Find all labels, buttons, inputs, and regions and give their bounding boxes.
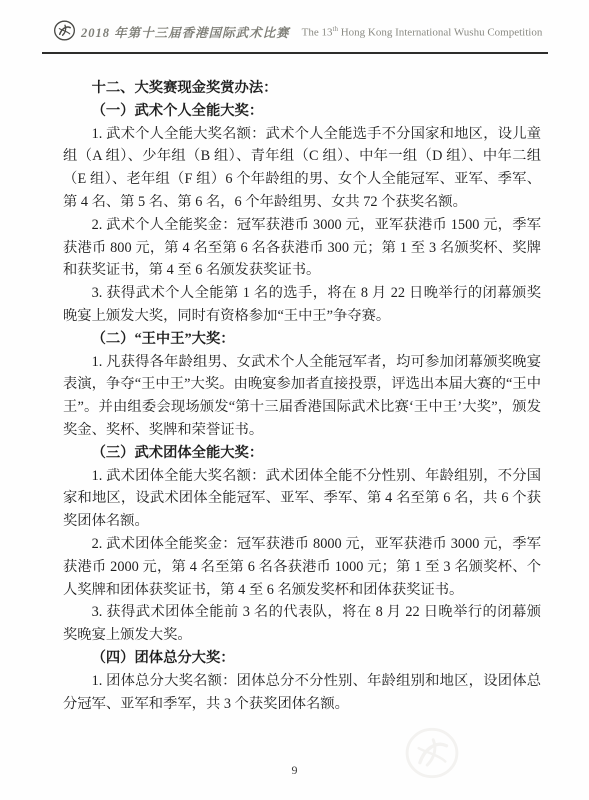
subsection-heading: （四）团体总分大奖： (63, 647, 541, 670)
wushu-logo-icon (53, 20, 76, 41)
header-rule (42, 52, 548, 54)
document-page: 2018 年第十三届香港国际武术比赛 The 13th Hong Kong In… (0, 0, 589, 800)
page-header: 2018 年第十三届香港国际武术比赛 The 13th Hong Kong In… (53, 22, 547, 41)
page-number: 9 (292, 763, 298, 777)
paragraph: 1. 武术个人全能大奖名额：武术个人全能选手不分国家和地区，设儿童组（A 组）、… (63, 123, 541, 214)
paragraph: 3. 获得武术个人全能第 1 名的选手，将在 8 月 22 日晚举行的闭幕颁奖晚… (63, 282, 541, 328)
competition-title-cn: 2018 年第十三届香港国际武术比赛 (81, 23, 290, 41)
subsection-heading: （二）“王中王”大奖： (63, 328, 541, 351)
page-footer: 9 (0, 763, 589, 778)
document-body: 十二、大奖赛现金奖赏办法： （一）武术个人全能大奖： 1. 武术个人全能大奖名额… (63, 77, 541, 715)
paragraph: 2. 武术个人全能奖金：冠军获港币 3000 元，亚军获港币 1500 元，季军… (63, 214, 541, 282)
paragraph: 1. 团体总分大奖名额：团体总分不分性别、年龄组别和地区，设团体总分冠军、亚军和… (63, 670, 541, 716)
paragraph: 3. 获得武术团体全能前 3 名的代表队，将在 8 月 22 日晚举行的闭幕颁奖… (63, 601, 541, 647)
competition-title-en: The 13th Hong Kong International Wushu C… (302, 25, 543, 39)
paragraph: 1. 凡获得各年龄组男、女武术个人全能冠军者，均可参加闭幕颁奖晚宴表演，争夺“王… (63, 351, 541, 442)
subsection-heading: （一）武术个人全能大奖： (63, 100, 541, 123)
paragraph: 2. 武术团体全能奖金：冠军获港币 8000 元，亚军获港币 3000 元，季军… (63, 533, 541, 601)
paragraph: 1. 武术团体全能大奖名额：武术团体全能不分性别、年龄组别，不分国家和地区，设武… (63, 465, 541, 533)
section-heading: 十二、大奖赛现金奖赏办法： (63, 77, 541, 100)
subsection-heading: （三）武术团体全能大奖： (63, 442, 541, 465)
